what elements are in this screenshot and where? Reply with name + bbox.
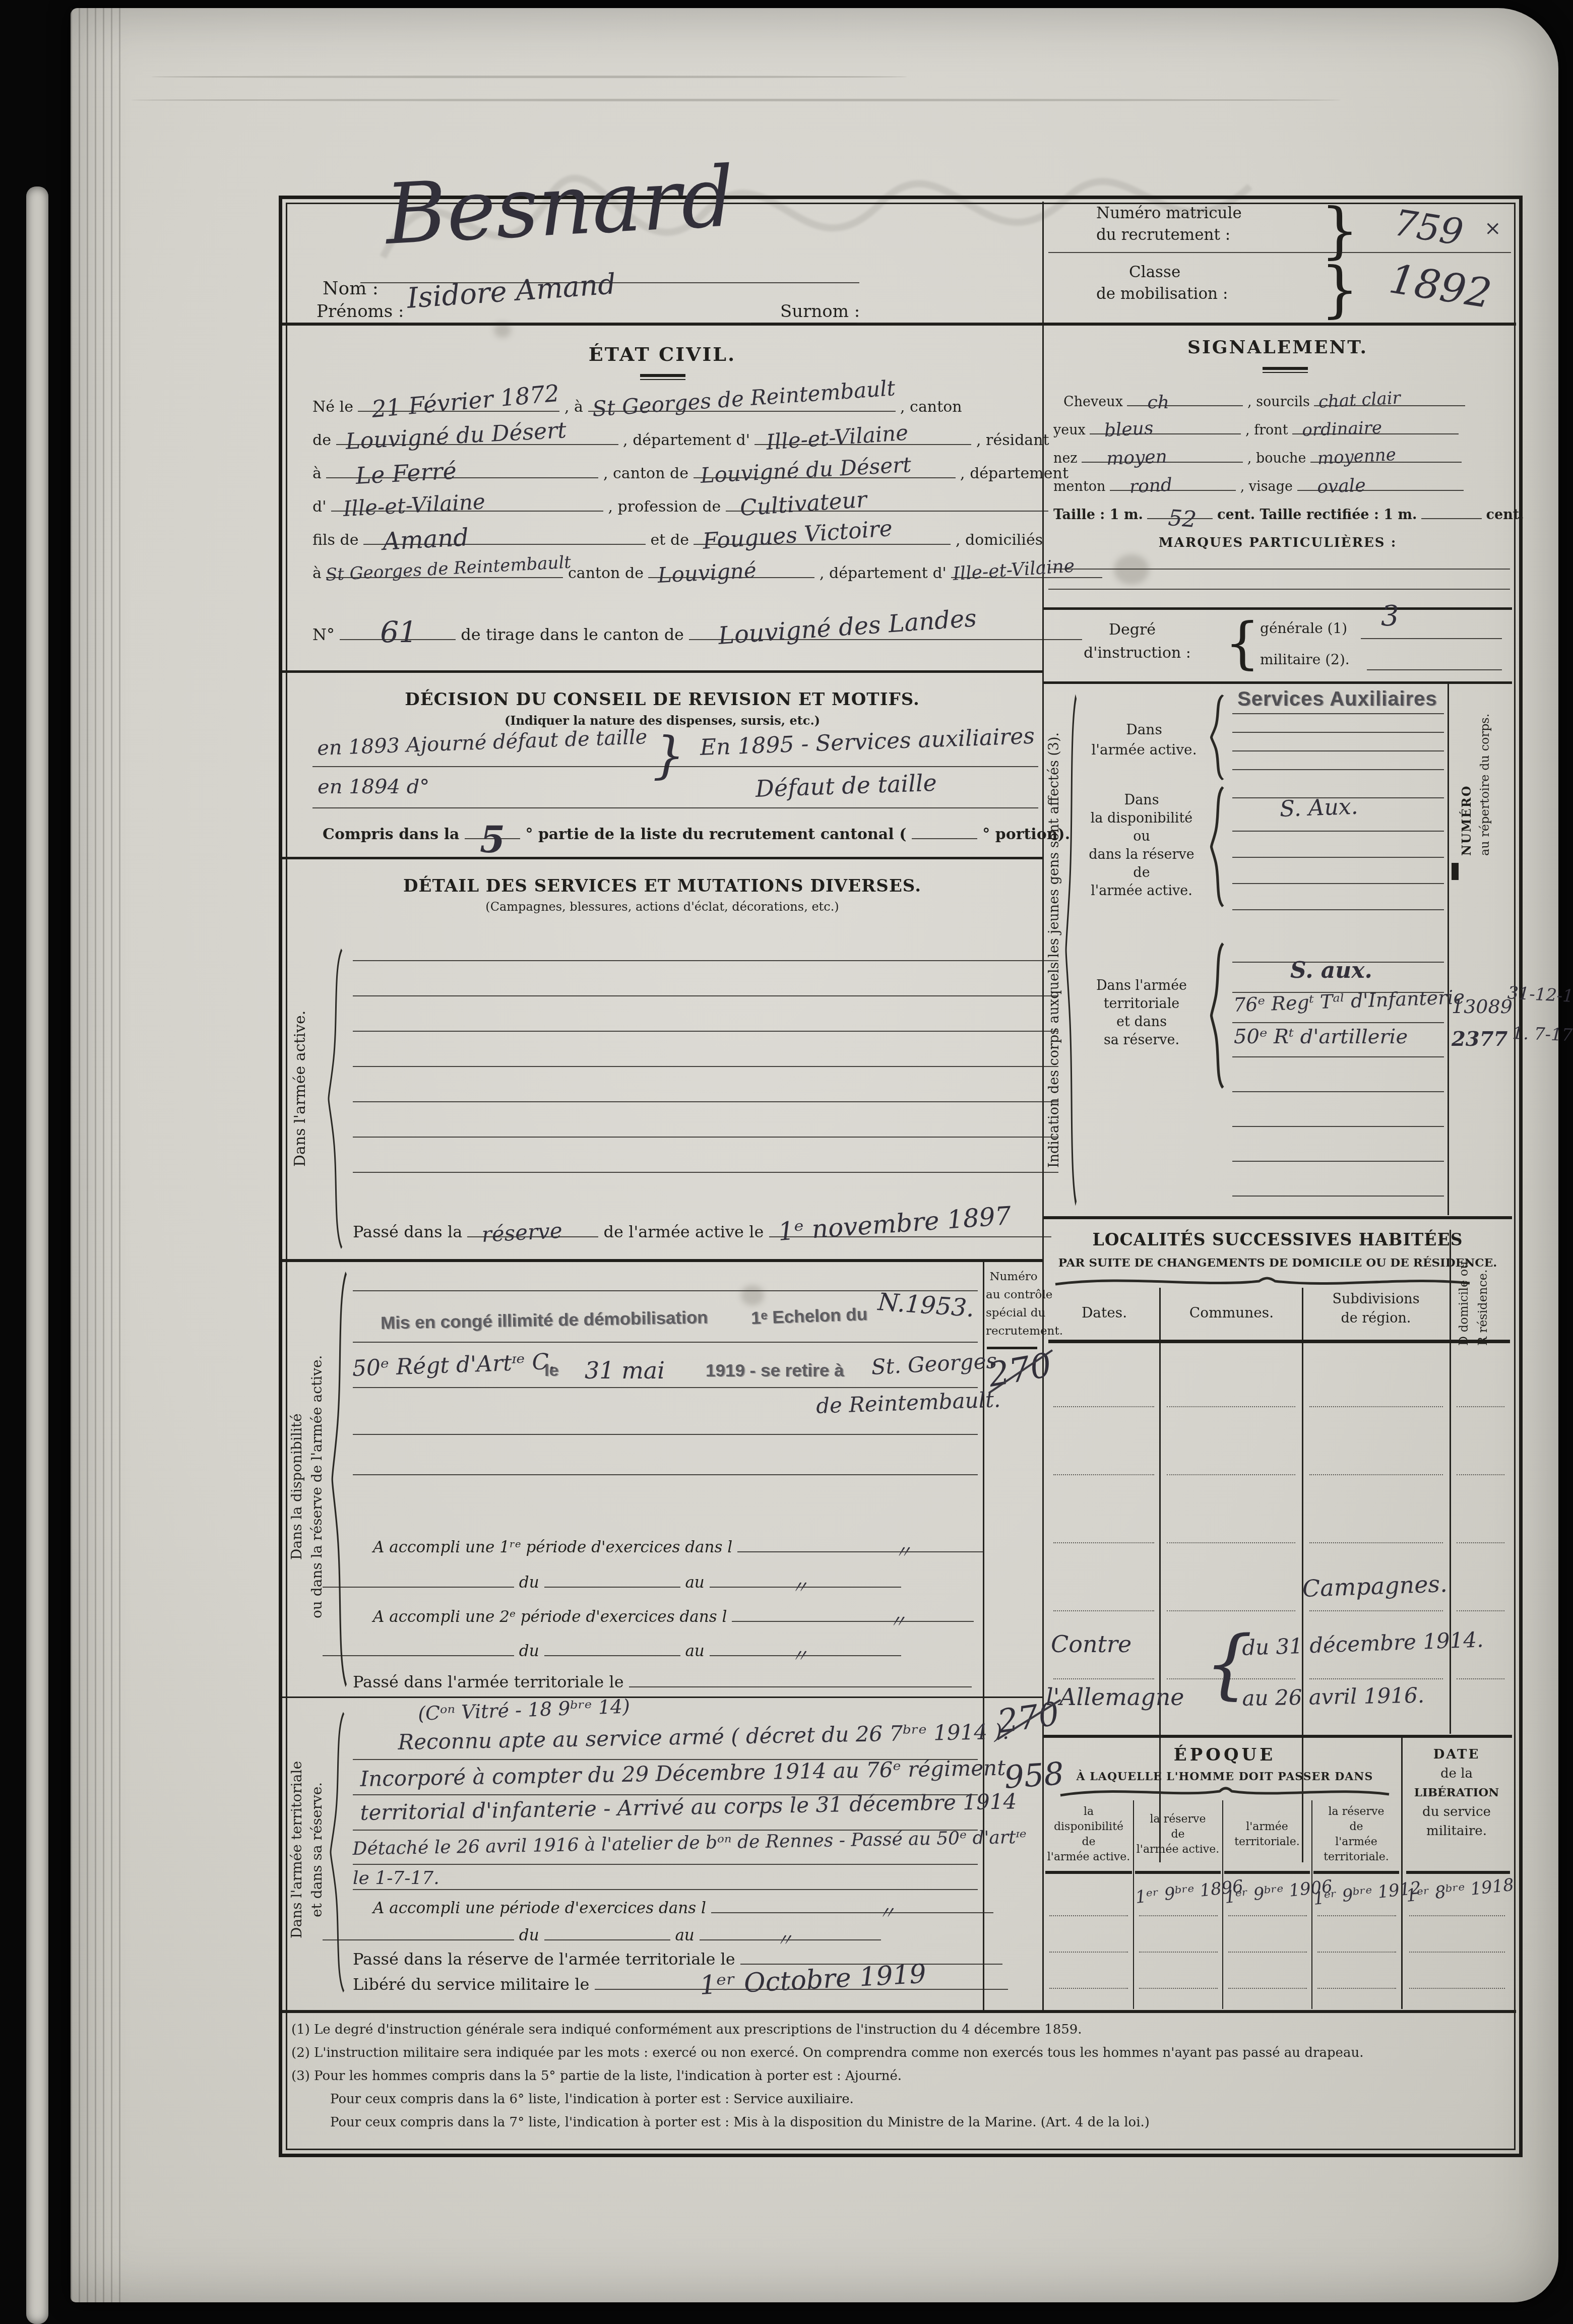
footnote-4: Pour ceux compris dans la 6° liste, l'in… (330, 2092, 854, 2107)
epoque-divider-2 (1222, 1800, 1223, 2009)
classe-label-line2: de mobilisation : (1096, 285, 1228, 303)
corps-g1-label: Dans l'armée active. (1084, 720, 1205, 760)
label: la disponibilité (1079, 809, 1205, 828)
fill-parents-canton: Louvigné (648, 577, 814, 578)
dispo-side-brace (330, 1270, 348, 1688)
corps-g2-label: Dans la disponibilité ou dans la réserve… (1079, 791, 1205, 900)
detail-side-brace (327, 948, 344, 1250)
corps-g3-number-2: 2377 (1452, 1027, 1507, 1051)
fill-father: Amand (363, 544, 646, 545)
corps-side-label: Indication des corps auxquels les jeunes… (1046, 688, 1062, 1212)
epoque-header-rule (1135, 1871, 1221, 1874)
label: Dans (1084, 720, 1205, 740)
label: au contrôle (986, 1286, 1041, 1304)
label: , canton de (603, 465, 688, 482)
label: au (675, 1926, 694, 1944)
ruled-line (1232, 1022, 1444, 1023)
fill-blank (323, 1939, 514, 1940)
ruled-line (1232, 831, 1444, 832)
classe-label-line1: Classe (1129, 263, 1180, 281)
footnote-3: (3) Pour les hommes compris dans la 5° p… (291, 2068, 902, 2084)
fill-residence: Le Ferré (326, 477, 598, 478)
scanned-register-photo: Nom : Besnard Prénoms : Isidore Amand Su… (0, 0, 1573, 2324)
libere-line: Libéré du service militaire le 1ᵉʳ Octob… (353, 1975, 1008, 1994)
degre-militaire-label: militaire (2). (1260, 651, 1350, 668)
section-rule (1044, 1735, 1512, 1738)
detail-title: DÉTAIL DES SERVICES ET MUTATIONS DIVERSE… (282, 876, 1042, 896)
label: , front (1245, 422, 1288, 438)
periode1-dates: du au 〃 (323, 1574, 901, 1592)
label: de (1079, 864, 1205, 882)
label: et de (651, 531, 689, 549)
ruled-line (353, 1387, 978, 1388)
degre-label-1: Degré (1109, 621, 1156, 639)
label: , département d' (820, 564, 947, 582)
corps-g2-value: S. Aux. (1279, 794, 1358, 822)
terr-side-brace (329, 1711, 346, 1993)
fill-residence-departement: Ille-et-Vilaine (331, 511, 603, 512)
fill-birthplace: St Georges de Reintembault (588, 411, 896, 412)
localites-subtitle: PAR SUITE DE CHANGEMENTS DE DOMICILE OU … (1043, 1256, 1512, 1270)
localites-col-dates: Dates. (1049, 1304, 1159, 1321)
epoque-col1-header: la disponibilité de l'armée active. (1045, 1804, 1132, 1865)
epoque-col2-header: la réserve de l'armée active. (1135, 1812, 1221, 1857)
fill-cheveux: ch (1127, 405, 1243, 406)
fill-terr-periode: 〃 (711, 1912, 993, 1913)
etat-civil-title: ÉTAT CIVIL. (282, 343, 1042, 365)
detail-side-label: Dans l'armée active. (291, 937, 309, 1240)
ruled-line (1457, 1610, 1504, 1611)
label: l'armée active. (1079, 882, 1205, 900)
ruled-line (1048, 589, 1510, 590)
ruled-line (353, 1066, 1058, 1067)
ruled-line (1232, 1126, 1444, 1127)
epoque-title: ÉPOQUE (1048, 1745, 1401, 1765)
ruled-line (353, 1889, 978, 1890)
ruled-line (1053, 1678, 1154, 1679)
label: ° partie de la liste du recrutement cant… (525, 826, 906, 843)
ruled-line (1457, 1678, 1504, 1679)
sig-line1: Cheveux ch , sourcils chat clair (1063, 394, 1465, 410)
marques-label: MARQUES PARTICULIÈRES : (1043, 535, 1512, 550)
localites-col-subdiv-2: de région. (1303, 1310, 1449, 1326)
label: la (1045, 1804, 1132, 1819)
ruled-line (1232, 769, 1444, 770)
ruled-line (353, 960, 1058, 961)
label: du (519, 1926, 539, 1944)
ruled-line (1232, 883, 1444, 884)
label: au (685, 1574, 704, 1592)
degre-label-2: d'instruction : (1084, 644, 1191, 662)
ruled-line (1457, 1406, 1504, 1407)
ruled-line (1232, 713, 1444, 714)
fill-front: ordinaire (1292, 433, 1459, 434)
degre-militaire-line (1367, 669, 1502, 670)
ruled-line (1053, 1610, 1154, 1611)
localites-divider-3 (1450, 1230, 1451, 1734)
epoque-header-rule (1406, 1871, 1510, 1874)
fill-residence-canton: Louvigné du Désert (694, 477, 956, 478)
label: , département d' (623, 431, 750, 449)
corps-g1-stamp: Services Auxiliaires (1237, 688, 1437, 711)
ruled-line (1167, 1542, 1295, 1543)
ruled-line (353, 995, 1058, 996)
campagnes-allemagne: l'Allemagne (1046, 1683, 1184, 1711)
label: , département (960, 465, 1068, 482)
section-rule (282, 670, 1042, 673)
name-value: Besnard (383, 148, 737, 263)
etat-civil-line3: à Le Ferré , canton de Louvigné du Déser… (312, 465, 1068, 482)
periode2-dates: du au 〃 (323, 1642, 901, 1660)
matricule-mark: × (1484, 217, 1501, 240)
label: , à (564, 398, 583, 416)
label: A accompli une période d'exercices dans … (373, 1899, 706, 1917)
ruled-line (1232, 732, 1444, 733)
ruled-line (353, 1434, 978, 1435)
signalement-title-decor (1263, 367, 1308, 373)
sig-line5: Taille : 1 m. 52 cent. Taille rectifiée … (1053, 507, 1524, 523)
ruled-line (1457, 1474, 1504, 1475)
label: Passé dans la réserve de l'armée territo… (353, 1950, 735, 1969)
label: A accompli une 1ʳᵉ période d'exercices d… (373, 1538, 732, 1556)
etat-civil-line2: de Louvigné du Désert , département d' I… (312, 431, 1049, 449)
ruled-line (1053, 1542, 1154, 1543)
label: Passé dans la (353, 1222, 462, 1241)
corps-side-brace (1064, 693, 1078, 1207)
fill-blank (544, 1655, 680, 1656)
degre-brace: { (1225, 611, 1260, 675)
decision-entry-1894: en 1894 d° (318, 775, 429, 798)
label: territoriale (1079, 995, 1205, 1013)
fill-birth-canton: Louvigné du Désert (336, 444, 618, 445)
detail-subtitle: (Campagnes, blessures, actions d'éclat, … (282, 900, 1042, 914)
ruled-line (1228, 1952, 1307, 1953)
fill-tirage-canton: Louvigné des Landes (689, 639, 1082, 640)
etat-civil-line6: à St Georges de Reintembault canton de L… (312, 564, 1102, 582)
footnote-rule (282, 2010, 1516, 2013)
passe-reserve-line: Passé dans la réserve de l'armée active … (353, 1222, 1051, 1241)
fill-menton: rond (1110, 490, 1236, 491)
ruled-line (1167, 1406, 1295, 1407)
epoque-header-rule (1224, 1871, 1310, 1874)
label: nez (1053, 451, 1078, 466)
matricule-label-line2: du recrutement : (1096, 226, 1230, 244)
ruled-line (1409, 1915, 1505, 1916)
demob-date: 31 mai (585, 1357, 665, 1384)
ruled-line (1228, 1988, 1307, 1989)
epoque-date-divider (1401, 1738, 1403, 2009)
surname-label: Surnom : (780, 301, 860, 322)
localites-col-dr-2: R résidence. (1476, 1240, 1490, 1346)
label: menton (1053, 479, 1105, 494)
label: Passé dans l'armée territoriale le (353, 1672, 624, 1691)
repertoire-label-2: au répertoire du corps. (1478, 689, 1492, 856)
repertoire-label-1: NUMÉRO (1459, 689, 1474, 856)
label: Dans l'armée (1079, 977, 1205, 995)
matricule-separator (1048, 252, 1511, 253)
fill-blank (323, 1655, 514, 1656)
terr-periode-line: A accompli une période d'exercices dans … (373, 1899, 993, 1917)
section-rule (1044, 681, 1512, 684)
label: LIBÉRATION (1403, 1783, 1510, 1802)
terr-periode-dates: du au 〃 (323, 1926, 881, 1944)
etat-civil-line1: Né le 21 Février 1872 , à St Georges de … (312, 398, 962, 416)
localites-col-subdiv-1: Subdivisions (1303, 1291, 1449, 1307)
epoque-header-rule (1045, 1871, 1132, 1874)
terr-entry-date: le 1-7-17. (353, 1868, 439, 1889)
epoque-date-header: DATE de la LIBÉRATION du service militai… (1403, 1745, 1510, 1841)
ruled-line (1049, 1952, 1128, 1953)
label: cent. (1486, 507, 1524, 523)
label: , bouche (1247, 451, 1306, 466)
repertoire-label-tick (1452, 863, 1459, 880)
label: Cheveux (1063, 394, 1123, 410)
fill-libere-date: 1ᵉʳ Octobre 1919 (595, 1989, 1008, 1990)
fill-blank (629, 1686, 972, 1687)
ruled-line (1167, 1610, 1295, 1611)
localites-header-rule (1048, 1340, 1510, 1343)
epoque-subtitle: À LAQUELLE L'HOMME DOIT PASSER DANS (1048, 1770, 1401, 1783)
localites-title: LOCALITÉS SUCCESSIVES HABITÉES (1043, 1230, 1512, 1249)
demob-le: le (544, 1361, 558, 1380)
localites-swash (1053, 1274, 1472, 1288)
campagnes-title: Campagnes. (1302, 1570, 1448, 1602)
section-rule (282, 857, 1042, 859)
ruled-line (1309, 1678, 1443, 1679)
sig-line4: menton rond , visage ovale (1053, 479, 1464, 494)
label: Libéré du service militaire le (353, 1975, 589, 1994)
label: de l'armée active le (604, 1222, 764, 1241)
ruled-line (353, 1101, 1058, 1102)
corps-g1-brace (1210, 695, 1225, 780)
classe-brace: } (1320, 255, 1359, 325)
label: de (312, 431, 331, 449)
footnote-5: Pour ceux compris dans la 7° liste, l'in… (330, 2115, 1150, 2130)
ruled-line (1139, 1988, 1218, 1989)
firstnames-label: Prénoms : (317, 301, 404, 322)
fill-passe-date: 1ᵉ novembre 1897 (769, 1236, 1051, 1237)
terr-side-label-1: Dans l'armée territoriale (288, 1724, 305, 1976)
label: de la (1403, 1764, 1510, 1783)
fill-portion (912, 838, 977, 839)
label: , sourcils (1247, 394, 1310, 410)
ruled-line (1457, 1542, 1504, 1543)
label: militaire. (1403, 1821, 1510, 1841)
fill-profession: Cultivateur (726, 511, 1048, 512)
controle-column-divider (983, 1262, 984, 2010)
label: l'armée (1313, 1835, 1399, 1850)
label: DATE (1403, 1745, 1510, 1764)
label: la réserve (1135, 1812, 1221, 1827)
label: à (312, 564, 322, 582)
ruled-line (1317, 1988, 1396, 1989)
label: , visage (1240, 479, 1293, 494)
label: cent. Taille rectifiée : 1 m. (1217, 507, 1417, 523)
ruled-line (353, 1864, 978, 1865)
epoque-swash (1058, 1785, 1391, 1798)
fill-blank: 〃 (700, 1939, 881, 1940)
fill-liste-partie: 5 (465, 838, 520, 839)
fill-periode2: 〃 (732, 1621, 974, 1622)
etat-civil-line5: fils de Amand et de Fougues Victoire , d… (312, 531, 1043, 549)
corps-g3-value-1: S. aux. (1290, 958, 1372, 983)
ruled-line (1232, 1161, 1444, 1162)
dispo-side-label-1: Dans la disponibilité (288, 1290, 305, 1683)
passe-territoriale-line: Passé dans l'armée territoriale le (353, 1672, 972, 1691)
corps-g3-value-3: 50ᵉ Rᵗ d'artillerie (1234, 1025, 1408, 1048)
ruled-line (1048, 569, 1510, 570)
label: , canton (900, 398, 962, 416)
decision-line2 (312, 807, 1038, 808)
label: l'armée (1224, 1819, 1310, 1835)
ruled-line (353, 1137, 1058, 1138)
decision-title: DÉCISION DU CONSEIL DE REVISION ET MOTIF… (282, 689, 1042, 710)
section-rule (282, 1259, 1042, 1262)
ruled-line (1053, 1474, 1154, 1475)
label: l'armée active. (1045, 1850, 1132, 1865)
ruled-line (1232, 909, 1444, 910)
epoque-divider-3 (1311, 1800, 1312, 2009)
fill-taille: 52 (1147, 518, 1213, 519)
decision-line1 (312, 766, 1038, 767)
label: A accompli une 2ᵉ période d'exercices da… (373, 1608, 727, 1626)
label: la réserve (1313, 1804, 1399, 1819)
footnote-2: (2) L'instruction militaire sera indiqué… (291, 2045, 1363, 2060)
label: du service (1403, 1802, 1510, 1821)
label: sa réserve. (1079, 1031, 1205, 1049)
ruled-line (353, 1031, 1058, 1032)
sig-line2: yeux bleus , front ordinaire (1053, 422, 1459, 438)
ruled-line (1049, 1915, 1128, 1916)
label: disponibilité (1045, 1819, 1132, 1835)
ruled-line (353, 1474, 978, 1475)
demob-stamp-2: 1ᵉ Echelon du (750, 1304, 867, 1329)
epoque-header-rule (1313, 1871, 1399, 1874)
tirage-text: de tirage dans le canton de (461, 625, 684, 644)
matricule-label-line1: Numéro matricule (1096, 204, 1242, 222)
fill-sourcils: chat clair (1314, 405, 1465, 406)
ruled-line (1228, 1915, 1307, 1916)
label: spécial du (986, 1304, 1041, 1322)
decision-brace: } (653, 726, 685, 785)
repertoire-column-divider (1448, 683, 1449, 1215)
label: Numéro (986, 1268, 1041, 1286)
label: recrutement. (986, 1322, 1041, 1340)
label: , résidant (976, 431, 1049, 449)
fill-passe-reserve: réserve (467, 1236, 598, 1237)
ruled-line (1309, 1474, 1443, 1475)
ruled-line (1232, 750, 1444, 751)
label: de (1135, 1827, 1221, 1842)
label: fils de (312, 531, 359, 549)
label: ou (1079, 828, 1205, 846)
ruled-line (353, 1342, 978, 1343)
label: dans la réserve (1079, 846, 1205, 864)
corps-g3-number-1: 13089 (1452, 995, 1513, 1018)
ruled-line (1409, 1952, 1505, 1953)
fill-parents-domicile: St Georges de Reintembault (326, 577, 563, 578)
campagnes-contre: Contre (1051, 1630, 1131, 1658)
label: Né le (312, 398, 353, 416)
label: Dans (1079, 791, 1205, 809)
footnote-1: (1) Le degré d'instruction générale sera… (291, 2022, 1082, 2037)
compris-line: Compris dans la 5 ° partie de la liste d… (323, 826, 1070, 843)
ruled-line (1167, 1474, 1295, 1475)
label: territoriale. (1224, 1835, 1310, 1850)
label: à (312, 465, 322, 482)
label: yeux (1053, 422, 1086, 438)
tirage-no-label: N° (312, 625, 335, 644)
adjacent-page-edge (26, 186, 48, 2324)
fill-tirage-number: 61 (340, 639, 456, 640)
fill-birth-departement: Ille-et-Vilaine (754, 444, 971, 445)
campagnes-au: au 26 avril 1916. (1242, 1683, 1424, 1711)
fill-parents-departement: Ille-et-Vilaine (951, 577, 1102, 578)
label: Taille : 1 m. (1053, 507, 1143, 523)
fill-taille-rectifiee (1421, 518, 1482, 519)
fill-blank (544, 1587, 680, 1588)
ruled-line (1139, 1952, 1218, 1953)
label: du (519, 1574, 539, 1592)
epoque-col3-header: l'armée territoriale. (1224, 1819, 1310, 1850)
label: au (685, 1642, 704, 1660)
ruled-line (1049, 1988, 1128, 1989)
section-rule (1044, 607, 1512, 610)
section-rule (1044, 1216, 1512, 1219)
localites-col-dr-1: D domicile ou (1457, 1240, 1471, 1346)
label: l'armée active. (1135, 1842, 1221, 1857)
ruled-line (1232, 1091, 1444, 1092)
label: du (519, 1642, 539, 1660)
fill-blank: 〃 (710, 1587, 901, 1588)
dispo-side-label-2: ou dans la réserve de l'armée active. (308, 1290, 325, 1683)
tirage-line: N° 61 de tirage dans le canton de Louvig… (312, 625, 1082, 644)
label: , profession de (608, 498, 721, 516)
margin-note-date-1: 31-12-14 (1507, 983, 1573, 1007)
degre-generale-label: générale (1) (1260, 620, 1347, 637)
ruled-line (1409, 1988, 1505, 1989)
controle-column-label: Numéro au contrôle spécial du recrutemen… (986, 1268, 1041, 1340)
fill-periode1: 〃 (737, 1551, 984, 1552)
ruled-line (1317, 1915, 1396, 1916)
sig-line3: nez moyen , bouche moyenne (1053, 451, 1462, 466)
label: canton de (568, 564, 644, 582)
firstnames-underline (398, 323, 751, 324)
label: territoriale. (1313, 1850, 1399, 1865)
fill-bouche: moyenne (1310, 462, 1462, 463)
degre-generale-line (1361, 638, 1502, 639)
ruled-line (1309, 1610, 1443, 1611)
label: Compris dans la (323, 826, 460, 843)
name-label: Nom : (323, 278, 379, 299)
ruled-line (1139, 1915, 1218, 1916)
degre-generale-value: 3 (1381, 600, 1399, 633)
fill-birthdate: 21 Février 1872 (358, 411, 559, 412)
periode1-line: A accompli une 1ʳᵉ période d'exercices d… (373, 1538, 984, 1556)
fill-visage: ovale (1297, 490, 1464, 491)
corps-g3-label: Dans l'armée territoriale et dans sa rés… (1079, 977, 1205, 1049)
ruled-line (1232, 1196, 1444, 1197)
margin-note-date-2: 1. 7-17 (1512, 1023, 1573, 1045)
fill-blank (544, 1939, 670, 1940)
etat-civil-line4: d' Ille-et-Vilaine , profession de Culti… (312, 498, 1048, 516)
ruled-line (1309, 1542, 1443, 1543)
label: et dans (1079, 1013, 1205, 1031)
label: , domiciliés (956, 531, 1043, 549)
signalement-title: SIGNALEMENT. (1043, 337, 1512, 358)
corps-g2-brace (1210, 786, 1225, 907)
corps-g3-brace (1210, 943, 1225, 1089)
